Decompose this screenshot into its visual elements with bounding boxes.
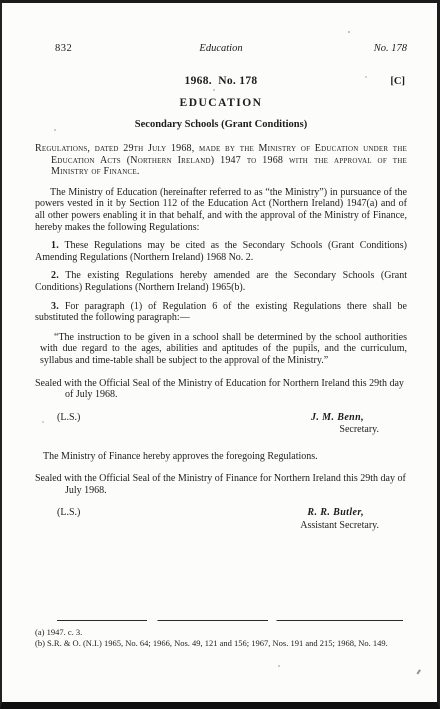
- regulation-text: These Regulations may be cited as the Se…: [35, 240, 407, 263]
- page-number: 832: [35, 43, 125, 55]
- classification-mark: [C]: [390, 76, 405, 87]
- seal-mark: (L.S.): [35, 507, 80, 532]
- recital-text: The Ministry of Education (hereinafter r…: [35, 187, 407, 233]
- regulation-item-3: 3. For paragraph (1) of Regulation 6 of …: [35, 301, 407, 324]
- regulation-number: 2.: [51, 270, 59, 281]
- running-title: Education: [125, 43, 317, 55]
- education-sealing-clause: Sealed with the Official Seal of the Min…: [35, 378, 407, 401]
- finance-sealing-clause: Sealed with the Official Seal of the Min…: [35, 473, 407, 496]
- finance-signature-row: (L.S.) R. R. Butler, Assistant Secretary…: [35, 507, 407, 532]
- issue-number: No. 178: [317, 43, 407, 55]
- scan-artifact: [348, 31, 350, 33]
- footnote-text: S.R. & O. (N.I.) 1965, No. 64; 1966, Nos…: [47, 638, 388, 648]
- scan-artifact: [278, 665, 280, 667]
- regulation-item-2: 2. The existing Regulations hereby amend…: [35, 270, 407, 293]
- scanned-document-page: 832 Education No. 178 1968. No. 178 [C] …: [0, 0, 440, 709]
- signatory-name: J. M. Benn,: [311, 412, 379, 425]
- signatory-title: Secretary.: [311, 424, 379, 437]
- footnote-label: (a): [35, 627, 44, 637]
- footnote-a: (a) 1947. c. 3.: [35, 627, 407, 638]
- title-block: 1968. No. 178 [C] EDUCATION Secondary Sc…: [35, 75, 407, 130]
- signatory-name: R. R. Butler,: [300, 507, 379, 520]
- regulation-text: The existing Regulations hereby amended …: [35, 270, 407, 293]
- footnotes-section: (a) 1947. c. 3. (b) S.R. & O. (N.I.) 196…: [35, 620, 407, 648]
- statute-number-heading: 1968. No. 178: [35, 75, 407, 87]
- signature-block: J. M. Benn, Secretary.: [311, 412, 379, 437]
- signatory-title: Assistant Secretary.: [300, 520, 379, 533]
- regulation-number: 3.: [51, 301, 59, 312]
- finance-approval-text: The Ministry of Finance hereby approves …: [35, 451, 407, 463]
- department-heading: EDUCATION: [35, 97, 407, 109]
- quoted-substituted-paragraph: “The instruction to be given in a school…: [40, 332, 407, 367]
- footnote-b: (b) S.R. & O. (N.I.) 1965, No. 64; 1966,…: [35, 638, 407, 649]
- regulation-item-1: 1. These Regulations may be cited as the…: [35, 240, 407, 263]
- signature-block: R. R. Butler, Assistant Secretary.: [300, 507, 379, 532]
- footnote-label: (b): [35, 638, 45, 648]
- regulation-number: 1.: [51, 240, 59, 251]
- seal-mark: (L.S.): [35, 412, 80, 437]
- education-signature-row: (L.S.) J. M. Benn, Secretary.: [35, 412, 407, 437]
- running-header: 832 Education No. 178: [35, 43, 407, 55]
- footnote-text: 1947. c. 3.: [47, 627, 83, 637]
- regulation-text: For paragraph (1) of Regulation 6 of the…: [35, 301, 407, 324]
- scan-artifact: [416, 669, 420, 674]
- preamble-text: Regulations, dated 29th July 1968, made …: [35, 143, 407, 178]
- subject-heading: Secondary Schools (Grant Conditions): [35, 119, 407, 130]
- footnote-divider: [57, 620, 403, 621]
